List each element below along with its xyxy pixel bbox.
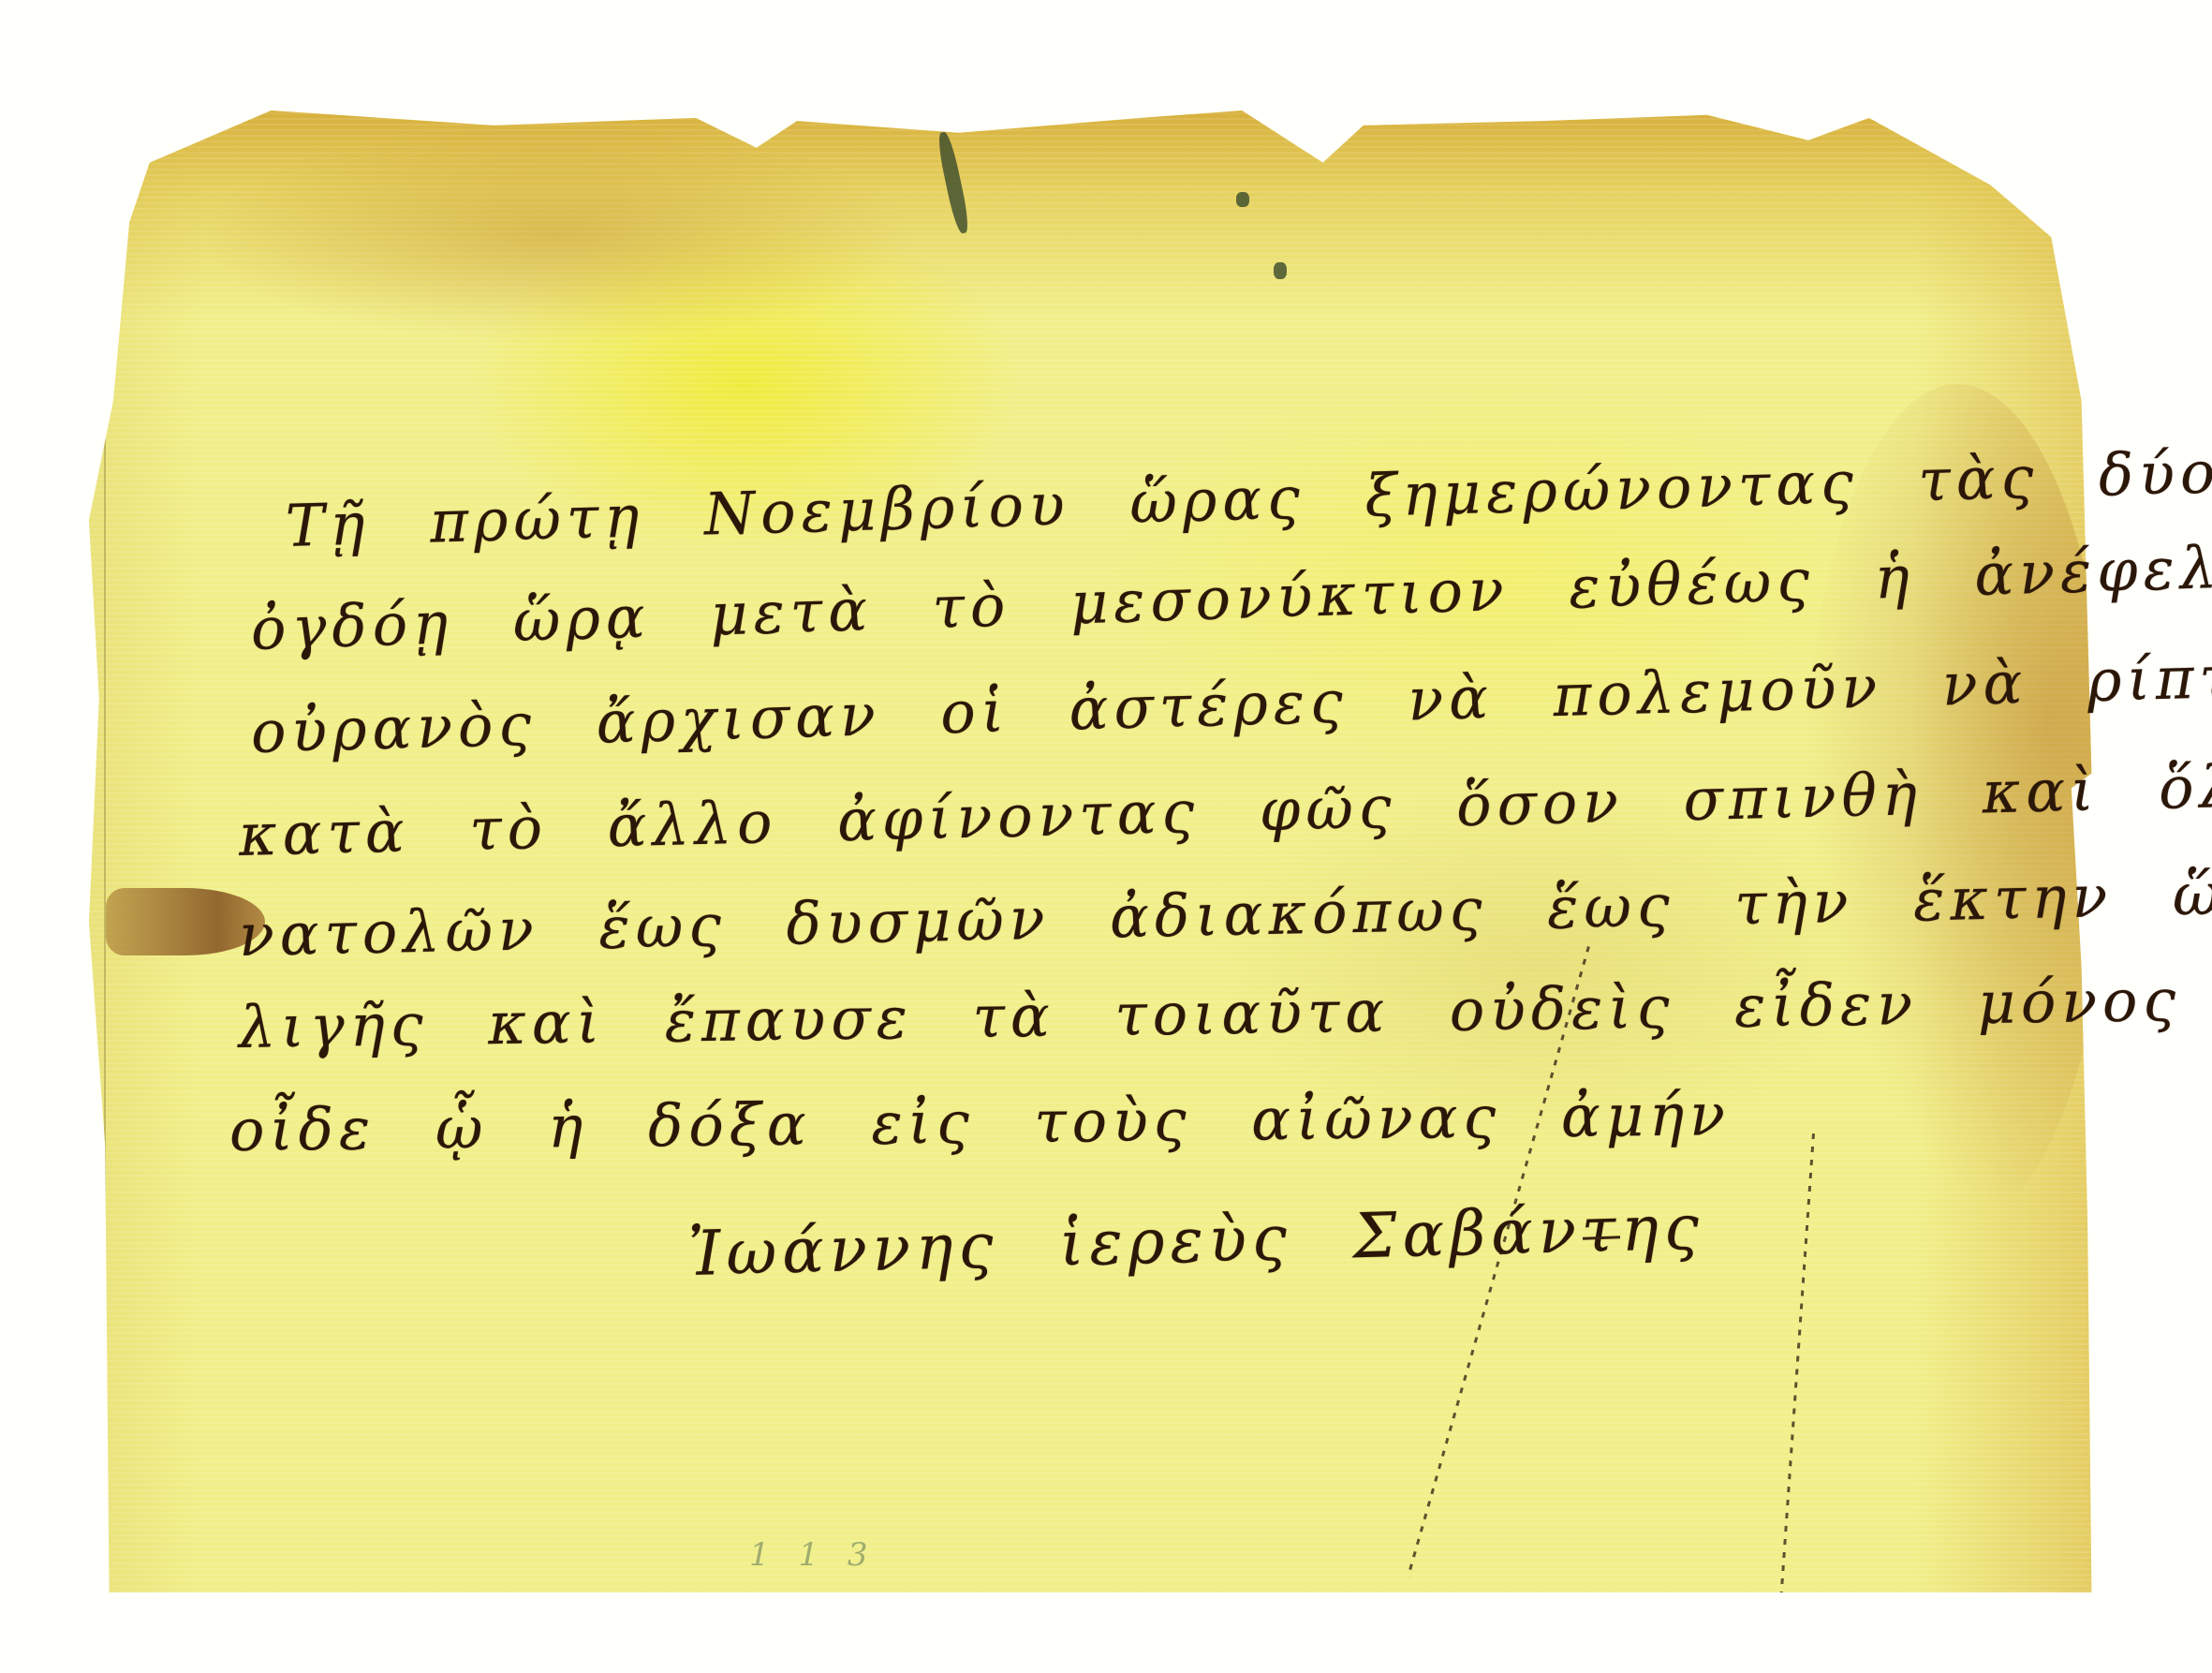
handwritten-text: Τῇ πρώτῃ Νοεμβρίου ὥρας ξημερώνοντας τὰς…	[0, 0, 2212, 1673]
signature: Ἰωάννης ἱερεὺς Σαβάντης	[687, 1192, 1705, 1290]
manuscript-line-6: λιγῆς καὶ ἔπαυσε τὰ τοιαῦτα οὐδεὶς εἶδεν…	[238, 961, 2212, 1061]
manuscript-line-5: νατολῶν ἕως δυσμῶν ἀδιακόπως ἕως τὴν ἕκτ…	[238, 854, 2212, 970]
manuscript-line-4: κατὰ τὸ ἄλλο ἀφίνοντας φῶς ὅσον σπινθὴ κ…	[238, 742, 2212, 869]
manuscript-line-7: οἶδε ᾧ ἡ δόξα εἰς τοὺς αἰῶνας ἀμήν	[229, 1080, 1732, 1164]
manuscript-line-1: Τῇ πρώτῃ Νοεμβρίου ὥρας ξημερώνοντας τὰς…	[285, 431, 2212, 560]
faint-marks: 1 1 3	[749, 1536, 877, 1574]
document-scan: Τῇ πρώτῃ Νοεμβρίου ὥρας ξημερώνοντας τὰς…	[0, 0, 2212, 1673]
